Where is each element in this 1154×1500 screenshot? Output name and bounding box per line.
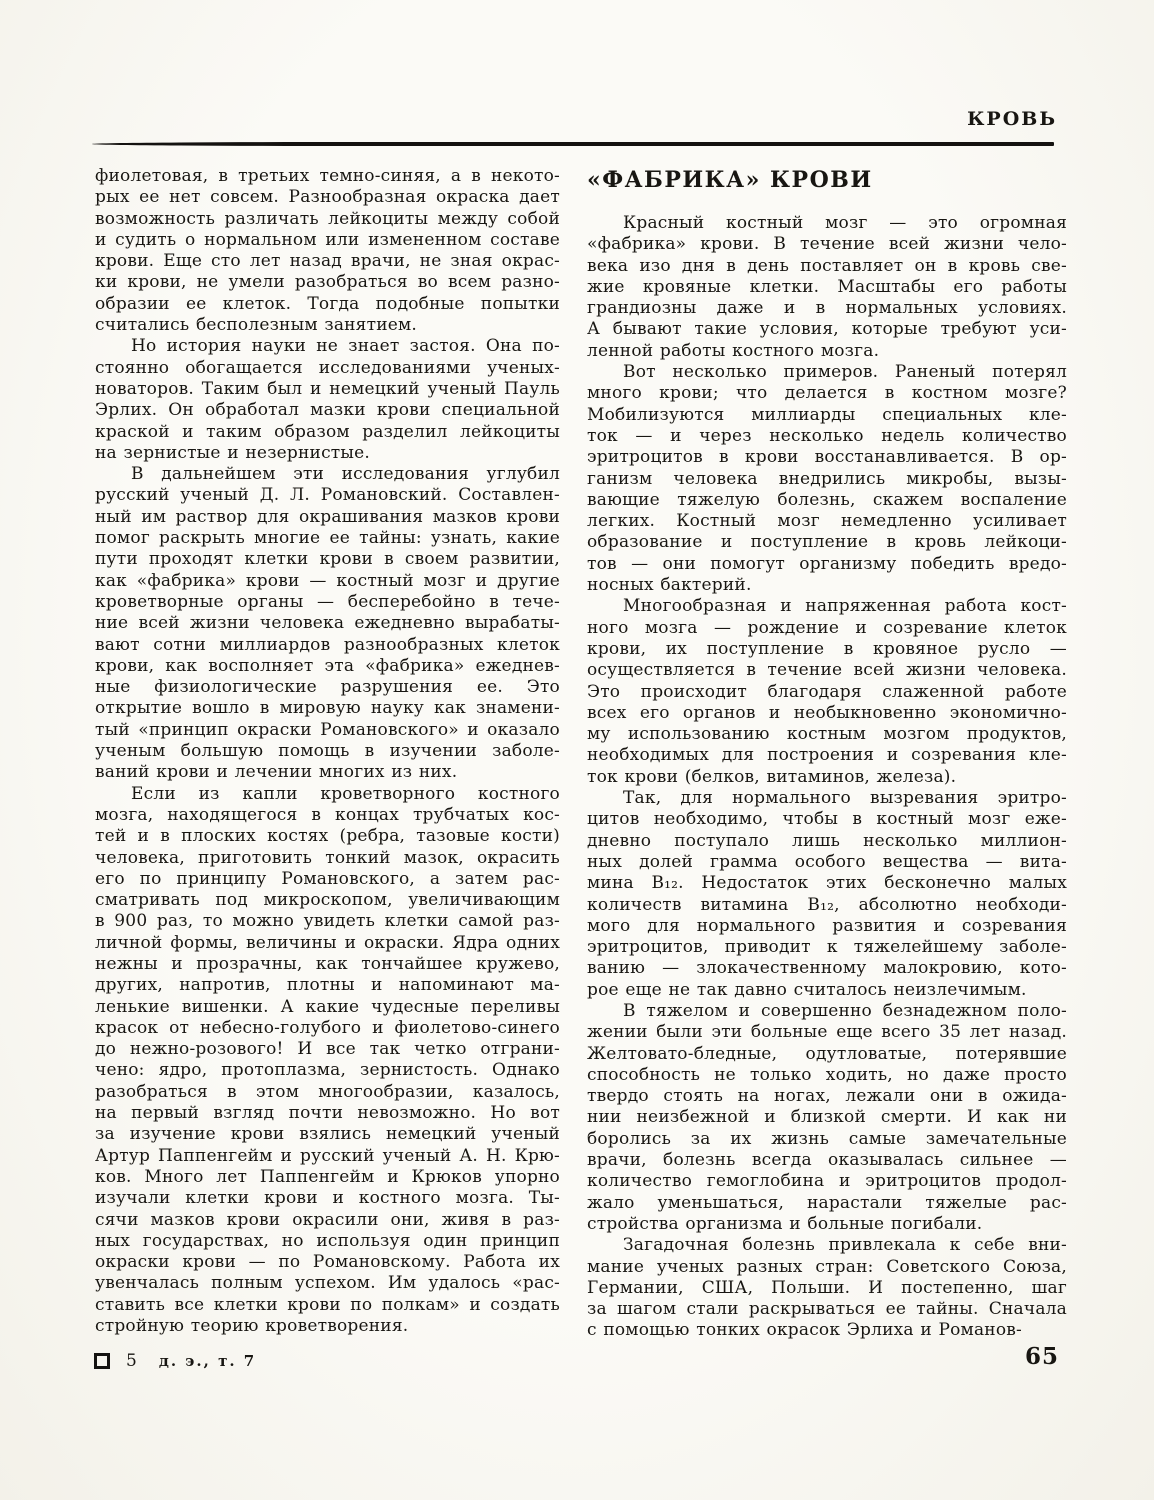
text-line: дневно поступало лишь несколько миллион-	[587, 831, 1067, 852]
text-line: увенчалась полным успехом. Им удалось «р…	[95, 1273, 560, 1294]
text-line: жении были эти больные еще всего 35 лет …	[587, 1022, 1067, 1043]
text-line: ученым большую помощь в изучении заболе-	[95, 741, 560, 762]
signature-number: 5	[126, 1351, 137, 1371]
edition-note: д. э., т. 7	[159, 1352, 256, 1370]
text-line: В тяжелом и совершенно безнадежном поло-	[587, 1001, 1067, 1022]
text-line: Если из капли кроветворного костного	[95, 784, 560, 805]
text-line: разобраться в этом многообразии, казалос…	[95, 1082, 560, 1103]
text-line: других, напротив, плотны и напоминают ма…	[95, 975, 560, 996]
text-line: пути проходят клетки крови в своем разви…	[95, 549, 560, 570]
text-line: ганизм человека внедрились микробы, вызы…	[587, 469, 1067, 490]
text-line: рое еще не так давно считалось неизлечим…	[587, 980, 1067, 1001]
text-line: эритроцитов, приводит к тяжелейшему забо…	[587, 937, 1067, 958]
text-line: как «фабрика» крови — костный мозг и дру…	[95, 571, 560, 592]
text-line: Мобилизуются миллиарды специальных кле-	[587, 405, 1067, 426]
text-line: кроветворные органы — бесперебойно в теч…	[95, 592, 560, 613]
right-column: «ФАБРИКА» КРОВИ Красный костный мозг — э…	[587, 166, 1067, 1342]
text-line: нежны и прозрачны, как тончайшее кружево…	[95, 954, 560, 975]
text-line: боролись за их жизнь самые замечательные	[587, 1129, 1067, 1150]
text-line: всех его органов и необыкновенно экономи…	[587, 703, 1067, 724]
text-line: врачи, болезнь всегда оказывалась сильне…	[587, 1150, 1067, 1171]
text-line: за изучение крови взялись немецкий учены…	[95, 1124, 560, 1145]
header-rule	[92, 142, 1054, 146]
text-line: ваний крови и лечении многих из них.	[95, 762, 560, 783]
text-line: русский ученый Д. Л. Романовский. Состав…	[95, 485, 560, 506]
paragraph: Если из капли кроветворного костногомозг…	[95, 784, 560, 1338]
text-line: Но история науки не знает застоя. Она по…	[95, 336, 560, 357]
text-line: сячи мазков крови окрасили они, живя в р…	[95, 1210, 560, 1231]
text-line: грандиозны даже и в нормальных условиях.	[587, 298, 1067, 319]
text-line: сматривать под микроскопом, увеличивающи…	[95, 890, 560, 911]
paragraph: Красный костный мозг — это огромная«фабр…	[587, 213, 1067, 362]
text-line: А бывают такие условия, которые требуют …	[587, 319, 1067, 340]
text-line: В дальнейшем эти исследования углубил	[95, 464, 560, 485]
text-line: вающие тяжелую болезнь, скажем воспалени…	[587, 490, 1067, 511]
text-line: цитов необходимо, чтобы в костный мозг е…	[587, 809, 1067, 830]
text-line: ков. Много лет Паппенгейм и Крюков упорн…	[95, 1167, 560, 1188]
text-line: мина В₁₂. Недостаток этих бесконечно мал…	[587, 873, 1067, 894]
text-line: ного мозга — рождение и созревание клето…	[587, 618, 1067, 639]
text-line: Желтовато-бледные, одутловатые, потерявш…	[587, 1044, 1067, 1065]
text-line: ный им раствор для окрашивания мазков кр…	[95, 507, 560, 528]
text-line: возможность различать лейкоциты между со…	[95, 209, 560, 230]
text-line: нии неизбежной и близкой смерти. И как н…	[587, 1107, 1067, 1128]
text-line: и судить о нормальном или измененном сос…	[95, 230, 560, 251]
square-mark-icon	[94, 1353, 110, 1369]
text-line: человека, приготовить тонкий мазок, окра…	[95, 848, 560, 869]
text-line: Так, для нормального вызревания эритро-	[587, 788, 1067, 809]
text-line: фиолетовая, в третьих темно-синяя, а в н…	[95, 166, 560, 187]
text-line: помог раскрыть многие ее тайны: узнать, …	[95, 528, 560, 549]
text-line: Германии, США, Польши. И постепенно, шаг	[587, 1278, 1067, 1299]
running-head: КРОВЬ	[967, 108, 1057, 130]
page-number: 65	[1025, 1343, 1059, 1370]
text-line: ленькие вишенки. А какие чудесные перели…	[95, 997, 560, 1018]
text-line: твердо стоять на ногах, лежали они в ожи…	[587, 1086, 1067, 1107]
text-line: стройства организма и больные погибали.	[587, 1214, 1067, 1235]
text-line: мание ученых разных стран: Советского Со…	[587, 1257, 1067, 1278]
paragraph: Но история науки не знает застоя. Она по…	[95, 336, 560, 464]
text-line: количеств витамина В₁₂, абсолютно необхо…	[587, 895, 1067, 916]
paragraph: Загадочная болезнь привлекала к себе вни…	[587, 1235, 1067, 1341]
signature-line: 5 д. э., т. 7	[94, 1351, 256, 1371]
text-line: краской и таким образом разделил лейкоци…	[95, 422, 560, 443]
text-line: тей и в плоских костях (ребра, тазовые к…	[95, 826, 560, 847]
text-line: крови. Еще сто лет назад врачи, не зная …	[95, 251, 560, 272]
text-line: ток крови (белков, витаминов, железа).	[587, 767, 1067, 788]
left-column: фиолетовая, в третьих темно-синяя, а в н…	[95, 166, 560, 1342]
text-line: стройную теорию кроветворения.	[95, 1316, 560, 1337]
article-title: «ФАБРИКА» КРОВИ	[587, 168, 1067, 193]
text-line: чено: ядро, протоплазма, зернистость. Од…	[95, 1060, 560, 1081]
text-line: Загадочная болезнь привлекала к себе вни…	[587, 1235, 1067, 1256]
text-line: в 900 раз, то можно увидеть клетки самой…	[95, 911, 560, 932]
text-line: красок от небесно-голубого и фиолетово-с…	[95, 1018, 560, 1039]
text-line: вают сотни миллиардов разнообразных клет…	[95, 635, 560, 656]
text-line: на зернистые и незернистые.	[95, 443, 560, 464]
text-line: жало уменьшаться, нарастали тяжелые рас-	[587, 1193, 1067, 1214]
paragraph: В тяжелом и совершенно безнадежном поло-…	[587, 1001, 1067, 1235]
text-line: на первый взгляд почти невозможно. Но во…	[95, 1103, 560, 1124]
text-line: стоянно обогащается исследованиями учены…	[95, 358, 560, 379]
text-line: необходимых для построения и созревания …	[587, 745, 1067, 766]
text-line: Это происходит благодаря слаженной работ…	[587, 682, 1067, 703]
text-line: века изо дня в день поставляет он в кров…	[587, 256, 1067, 277]
text-line: Артур Паппенгейм и русский ученый А. Н. …	[95, 1146, 560, 1167]
paragraph: В дальнейшем эти исследования углубилрус…	[95, 464, 560, 783]
text-line: ных государствах, но используя один прин…	[95, 1231, 560, 1252]
paragraph: Вот несколько примеров. Раненый потерялм…	[587, 362, 1067, 596]
text-line: Многообразная и напряженная работа кост-	[587, 596, 1067, 617]
text-line: му использованию костным мозгом продукто…	[587, 724, 1067, 745]
text-line: мозга, находящегося в концах трубчатых к…	[95, 805, 560, 826]
text-line: ток — и через несколько недель количеств…	[587, 426, 1067, 447]
paragraph: Так, для нормального вызревания эритро-ц…	[587, 788, 1067, 1001]
text-line: ные физиологические разрушения ее. Это	[95, 677, 560, 698]
text-line: много крови; что делается в костном мозг…	[587, 383, 1067, 404]
text-line: эритроцитов в крови восстанавливается. В…	[587, 447, 1067, 468]
text-line: с помощью тонких окрасок Эрлиха и Романо…	[587, 1320, 1067, 1341]
text-line: крови, как восполняет эта «фабрика» ежед…	[95, 656, 560, 677]
text-line: количество гемоглобина и эритроцитов про…	[587, 1171, 1067, 1192]
text-line: ние всей жизни человека ежедневно выраба…	[95, 613, 560, 634]
text-line: способность не только ходить, но даже пр…	[587, 1065, 1067, 1086]
text-line: «фабрика» крови. В течение всей жизни че…	[587, 234, 1067, 255]
text-line: новаторов. Таким был и немецкий ученый П…	[95, 379, 560, 400]
text-line: окраски крови — по Романовскому. Работа …	[95, 1252, 560, 1273]
text-line: легких. Костный мозг немедленно усиливае…	[587, 511, 1067, 532]
text-line: ставить все клетки крови по полкам» и со…	[95, 1295, 560, 1316]
text-line: рых ее нет совсем. Разнообразная окраска…	[95, 187, 560, 208]
text-line: носных бактерий.	[587, 575, 1067, 596]
text-line: изучали клетки крови и костного мозга. Т…	[95, 1188, 560, 1209]
text-line: образование и поступление в кровь лейкоц…	[587, 532, 1067, 553]
text-line: образии ее клеток. Тогда подобные попытк…	[95, 294, 560, 315]
scanned-book-page: КРОВЬ фиолетовая, в третьих темно-синяя,…	[0, 0, 1154, 1500]
text-line: его по принципу Романовского, а затем ра…	[95, 869, 560, 890]
text-line: ных долей грамма особого вещества — вита…	[587, 852, 1067, 873]
text-line: личной формы, величины и окраски. Ядра о…	[95, 933, 560, 954]
text-line: Красный костный мозг — это огромная	[587, 213, 1067, 234]
text-columns: фиолетовая, в третьих темно-синяя, а в н…	[95, 166, 1067, 1342]
text-line: считались бесполезным занятием.	[95, 315, 560, 336]
text-line: ленной работы костного мозга.	[587, 341, 1067, 362]
text-line: ванию — злокачественному малокровию, кот…	[587, 958, 1067, 979]
text-line: за шагом стали раскрываться ее тайны. Сн…	[587, 1299, 1067, 1320]
text-line: крови, их поступление в кровяное русло —	[587, 639, 1067, 660]
text-line: Эрлих. Он обработал мазки крови специаль…	[95, 400, 560, 421]
text-line: жие кровяные клетки. Масштабы его работы	[587, 277, 1067, 298]
text-line: открытие вошло в мировую науку как знаме…	[95, 698, 560, 719]
text-line: ки крови, не умели разобраться во всем р…	[95, 272, 560, 293]
paragraph: Многообразная и напряженная работа кост-…	[587, 596, 1067, 788]
text-line: мого для нормального развития и созреван…	[587, 916, 1067, 937]
text-line: до нежно-розового! И все так четко отгра…	[95, 1039, 560, 1060]
text-line: тов — они помогут организму победить вре…	[587, 554, 1067, 575]
text-line: тый «принцип окраски Романовского» и ока…	[95, 720, 560, 741]
text-line: Вот несколько примеров. Раненый потерял	[587, 362, 1067, 383]
paragraph: фиолетовая, в третьих темно-синяя, а в н…	[95, 166, 560, 336]
text-line: осуществляется в течение всей жизни чело…	[587, 660, 1067, 681]
